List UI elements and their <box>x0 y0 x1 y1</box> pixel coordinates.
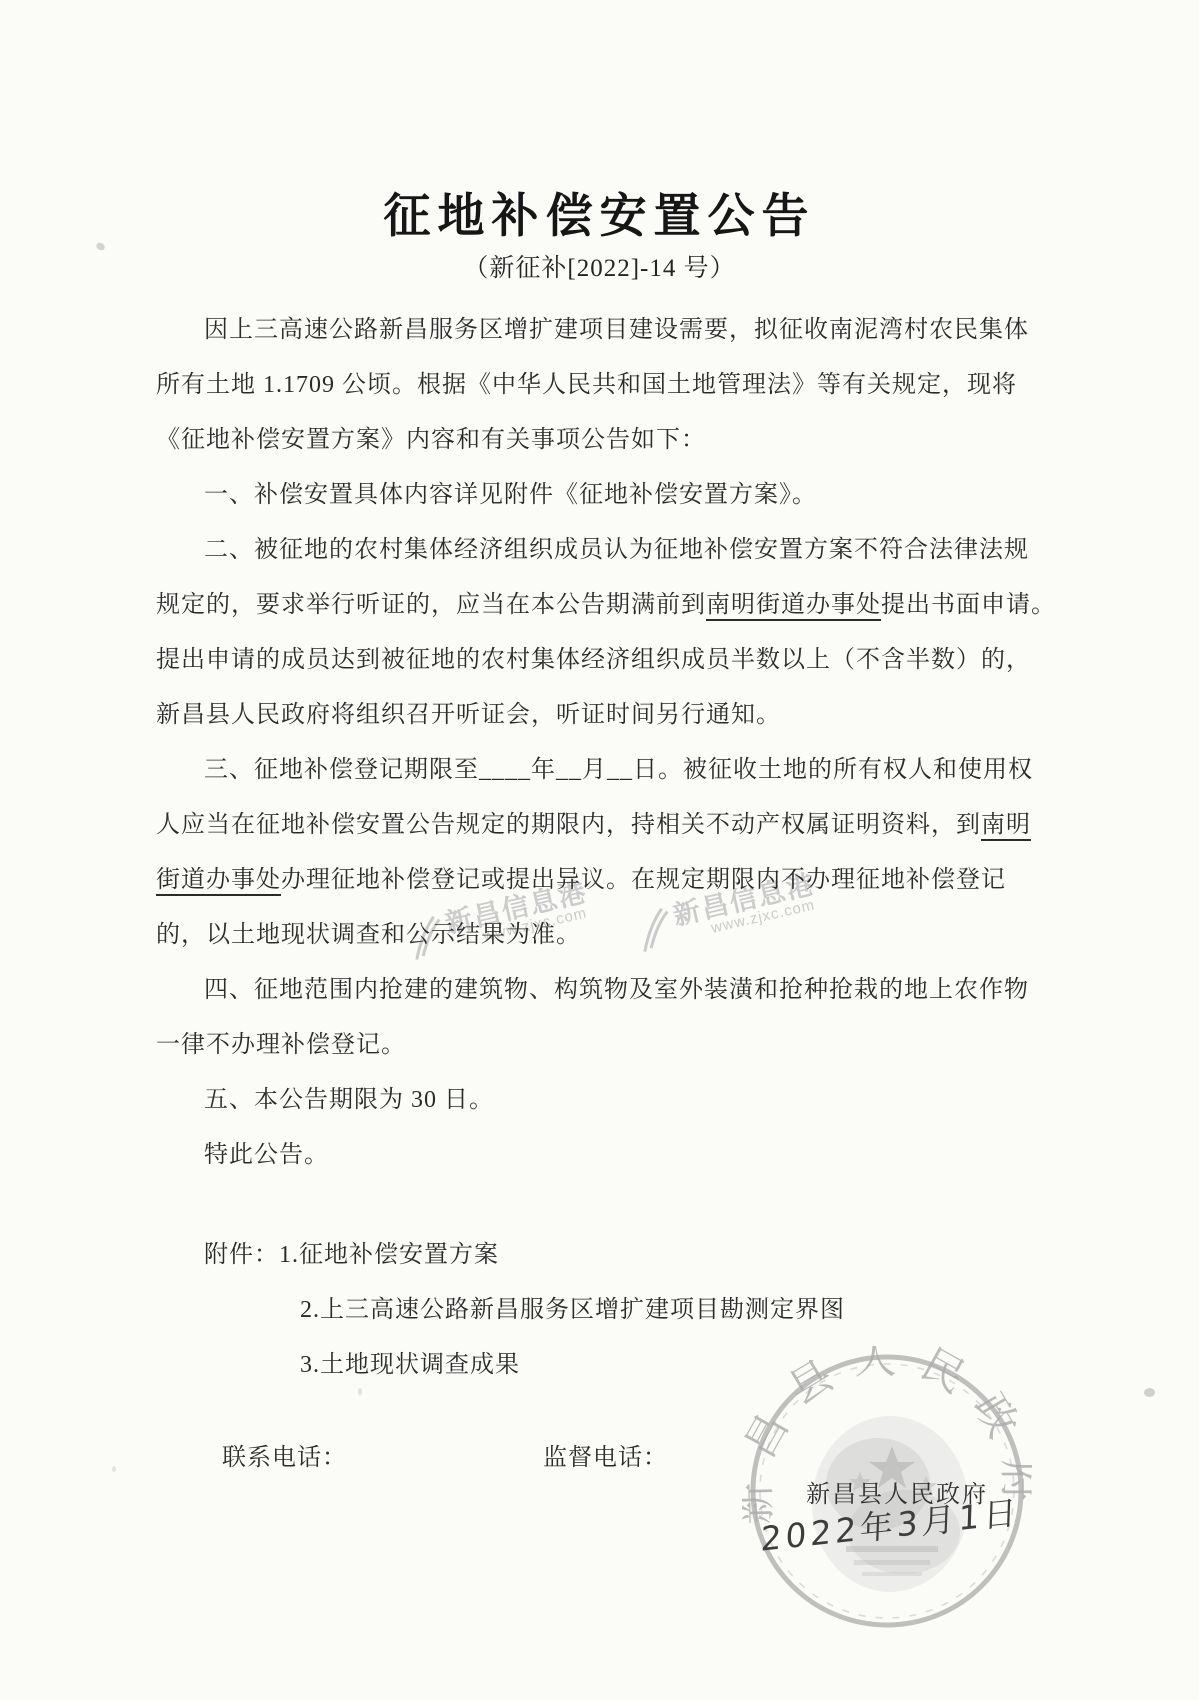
body-line: 五、本公告期限为 30 日。 <box>156 1073 1056 1128</box>
body-text: 四、征地范围内抢建的建筑物、构筑物及室外装潢和抢种抢栽的地上农作物 <box>204 977 1029 1003</box>
attachment-line: 附件：1.征地补偿安置方案 <box>156 1228 1056 1283</box>
body-line: 人应当在征地补偿安置公告规定的期限内，持相关不动产权属证明资料，到南明 <box>156 798 1056 853</box>
body-line: 的，以土地现状调查和公示结果为准。 <box>156 908 1056 963</box>
body-text: 因上三高速公路新昌服务区增扩建项目建设需要，拟征收南泥湾村农民集体 <box>204 317 1029 343</box>
attachment-item: 1.征地补偿安置方案 <box>279 1242 499 1268</box>
body-line: 一律不办理补偿登记。 <box>156 1018 1056 1073</box>
body-line: 因上三高速公路新昌服务区增扩建项目建设需要，拟征收南泥湾村农民集体 <box>156 303 1056 358</box>
body-text: 新昌县人民政府将组织召开听证会，听证时间另行通知。 <box>156 702 781 728</box>
body-text: 人应当在征地补偿安置公告规定的期限内，持相关不动产权属证明资料，到 <box>156 812 981 838</box>
scan-artifact <box>1144 1388 1155 1397</box>
body-line: 提出申请的成员达到被征地的农村集体经济组织成员半数以上（不含半数）的， <box>156 633 1056 688</box>
contact-phone-label: 联系电话： <box>222 1437 347 1472</box>
underlined-text: 街道办事处 <box>156 867 281 893</box>
body-text: 三、征地补偿登记期限至____年__月__日。被征收土地的所有权人和使用权 <box>204 757 1033 783</box>
body-line: 所有土地 1.1709 公顷。根据《中华人民共和国土地管理法》等有关规定，现将 <box>156 358 1056 413</box>
underlined-text: 南明 <box>981 812 1031 838</box>
body-text: 一、补偿安置具体内容详见附件《征地补偿安置方案》。 <box>204 482 817 508</box>
body-line: 《征地补偿安置方案》内容和有关事项公告如下： <box>156 413 1056 468</box>
body-text: 二、被征地的农村集体经济组织成员认为征地补偿安置方案不符合法律法规 <box>204 537 1029 563</box>
body-line: 新昌县人民政府将组织召开听证会，听证时间另行通知。 <box>156 688 1056 743</box>
body-line: 二、被征地的农村集体经济组织成员认为征地补偿安置方案不符合法律法规 <box>156 523 1056 578</box>
body-line: 一、补偿安置具体内容详见附件《征地补偿安置方案》。 <box>156 468 1056 523</box>
body-line: 规定的，要求举行听证的，应当在本公告期满前到南明街道办事处提出书面申请。 <box>156 578 1056 633</box>
body-line: 街道办事处办理征地补偿登记或提出异议。在规定期限内不办理征地补偿登记 <box>156 853 1056 908</box>
announcement-body: 因上三高速公路新昌服务区增扩建项目建设需要，拟征收南泥湾村农民集体所有土地 1.… <box>156 303 1056 1183</box>
body-text: 提出书面申请。 <box>881 592 1056 618</box>
body-text: 五、本公告期限为 30 日。 <box>204 1087 494 1113</box>
document-page: 征地补偿安置公告 （新征补[2022]-14 号） 因上三高速公路新昌服务区增扩… <box>0 0 1199 1700</box>
body-text: 的，以土地现状调查和公示结果为准。 <box>156 922 581 948</box>
body-text: 提出申请的成员达到被征地的农村集体经济组织成员半数以上（不含半数）的， <box>156 647 1031 673</box>
body-text: 规定的，要求举行听证的，应当在本公告期满前到 <box>156 592 706 618</box>
underlined-text: 南明街道办事处 <box>706 592 881 618</box>
body-text: 特此公告。 <box>204 1142 329 1168</box>
body-text: 《征地补偿安置方案》内容和有关事项公告如下： <box>156 427 706 453</box>
attachment-item: 2.上三高速公路新昌服务区增扩建项目勘测定界图 <box>156 1283 1056 1338</box>
body-text: 所有土地 1.1709 公顷。根据《中华人民共和国土地管理法》等有关规定，现将 <box>156 372 1017 398</box>
body-line: 特此公告。 <box>156 1128 1056 1183</box>
attachments-label: 附件： <box>204 1242 279 1268</box>
supervision-phone-label: 监督电话： <box>543 1437 668 1472</box>
body-line: 三、征地补偿登记期限至____年__月__日。被征收土地的所有权人和使用权 <box>156 743 1056 798</box>
doc-number: （新征补[2022]-14 号） <box>0 248 1199 284</box>
page-title: 征地补偿安置公告 <box>0 179 1199 246</box>
body-text: 办理征地补偿登记或提出异议。在规定期限内不办理征地补偿登记 <box>281 867 1006 893</box>
body-line: 四、征地范围内抢建的建筑物、构筑物及室外装潢和抢种抢栽的地上农作物 <box>156 963 1056 1018</box>
body-text: 一律不办理补偿登记。 <box>156 1032 406 1058</box>
